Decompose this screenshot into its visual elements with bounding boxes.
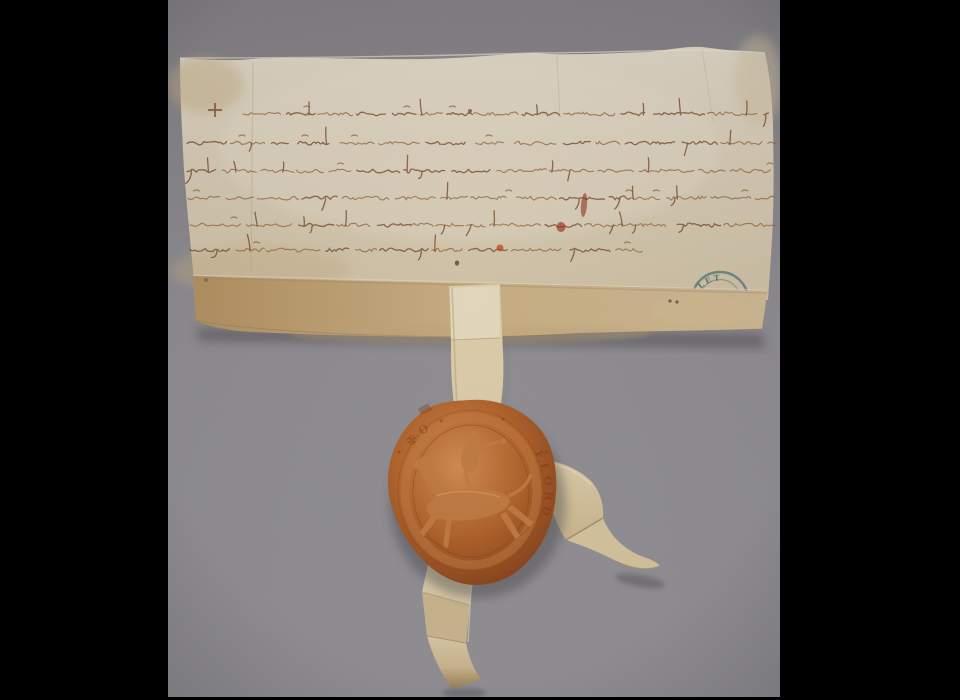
photo-scene: ALET [0, 0, 960, 700]
photo-area: ALET [167, 0, 782, 698]
charter-photograph: ALET [0, 0, 960, 700]
vignette [168, 0, 780, 697]
